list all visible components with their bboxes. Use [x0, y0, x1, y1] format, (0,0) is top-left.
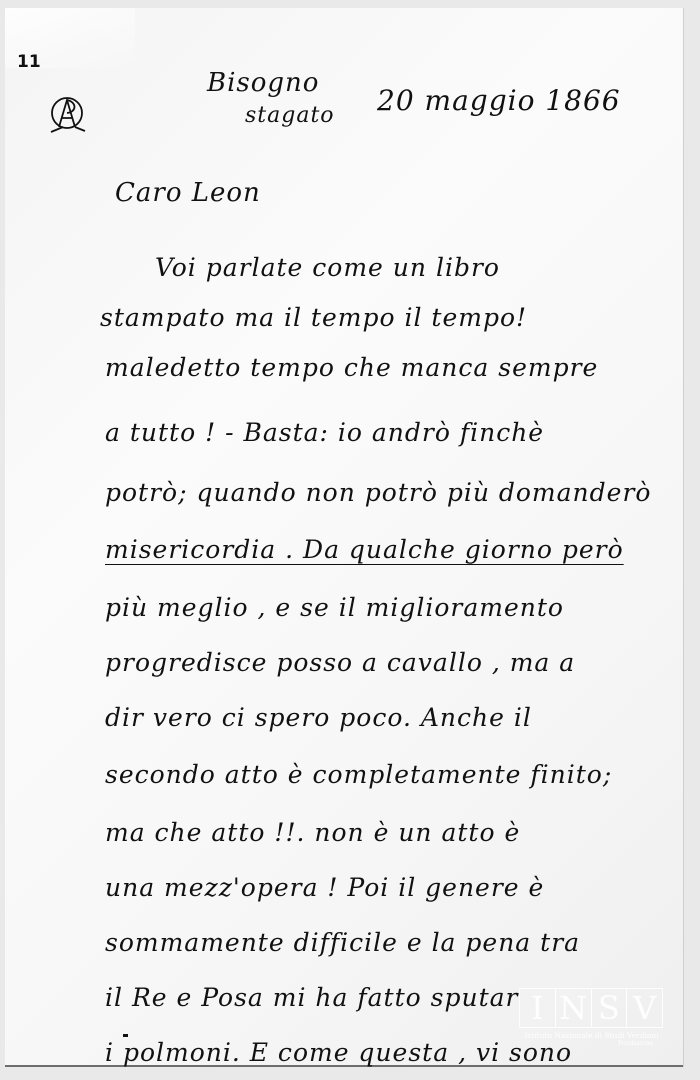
body-line: i polmoni. E come questa , vi sono	[105, 1038, 572, 1067]
body-line: sommamente difficile e la pena tra	[105, 928, 580, 957]
watermark-caption: Istituto Nazionale di Studi Verdiani	[520, 1031, 663, 1040]
watermark-letter: V	[626, 988, 663, 1028]
body-line: dir vero ci spero poco. Anche il	[105, 703, 532, 732]
manuscript-page: 11 Bisogno stagato 20 maggio 1866 Caro L…	[5, 8, 683, 1067]
place-line-2: stagato	[245, 103, 335, 128]
body-line: stampato ma il tempo il tempo!	[100, 303, 527, 332]
body-line: una mezz'opera ! Poi il genere è	[105, 873, 544, 902]
trailing-dash	[123, 1034, 128, 1037]
insv-watermark: I N S V Istituto Nazionale di Studi Verd…	[520, 988, 663, 1050]
body-line: Voi parlate come un libro	[155, 253, 500, 282]
letter-date: 20 maggio 1866	[377, 84, 621, 117]
body-line: a tutto ! - Basta: io andrò finchè	[105, 418, 544, 447]
watermark-letters: I N S V	[520, 988, 663, 1028]
body-line: maledetto tempo che manca sempre	[105, 353, 598, 382]
watermark-letter: N	[555, 988, 592, 1028]
circled-monogram-stamp-icon	[47, 94, 89, 136]
body-line: progredisce posso a cavallo , ma a	[105, 648, 575, 677]
watermark-subcaption: Fondazione	[520, 1040, 663, 1047]
body-line: ma che atto !!. non è un atto è	[105, 818, 520, 847]
body-line: secondo atto è completamente finito;	[105, 760, 612, 789]
body-line: misericordia . Da qualche giorno però	[105, 535, 624, 564]
salutation: Caro Leon	[115, 178, 261, 208]
body-line: più meglio , e se il miglioramento	[105, 593, 564, 622]
folio-number: 11	[17, 52, 41, 72]
body-line: il Re e Posa mi ha fatto sputar	[105, 983, 518, 1012]
watermark-letter: I	[519, 988, 556, 1028]
body-line: potrò; quando non potrò più domanderò	[105, 478, 651, 507]
place-line-1: Bisogno	[207, 68, 319, 98]
watermark-letter: S	[591, 988, 628, 1028]
